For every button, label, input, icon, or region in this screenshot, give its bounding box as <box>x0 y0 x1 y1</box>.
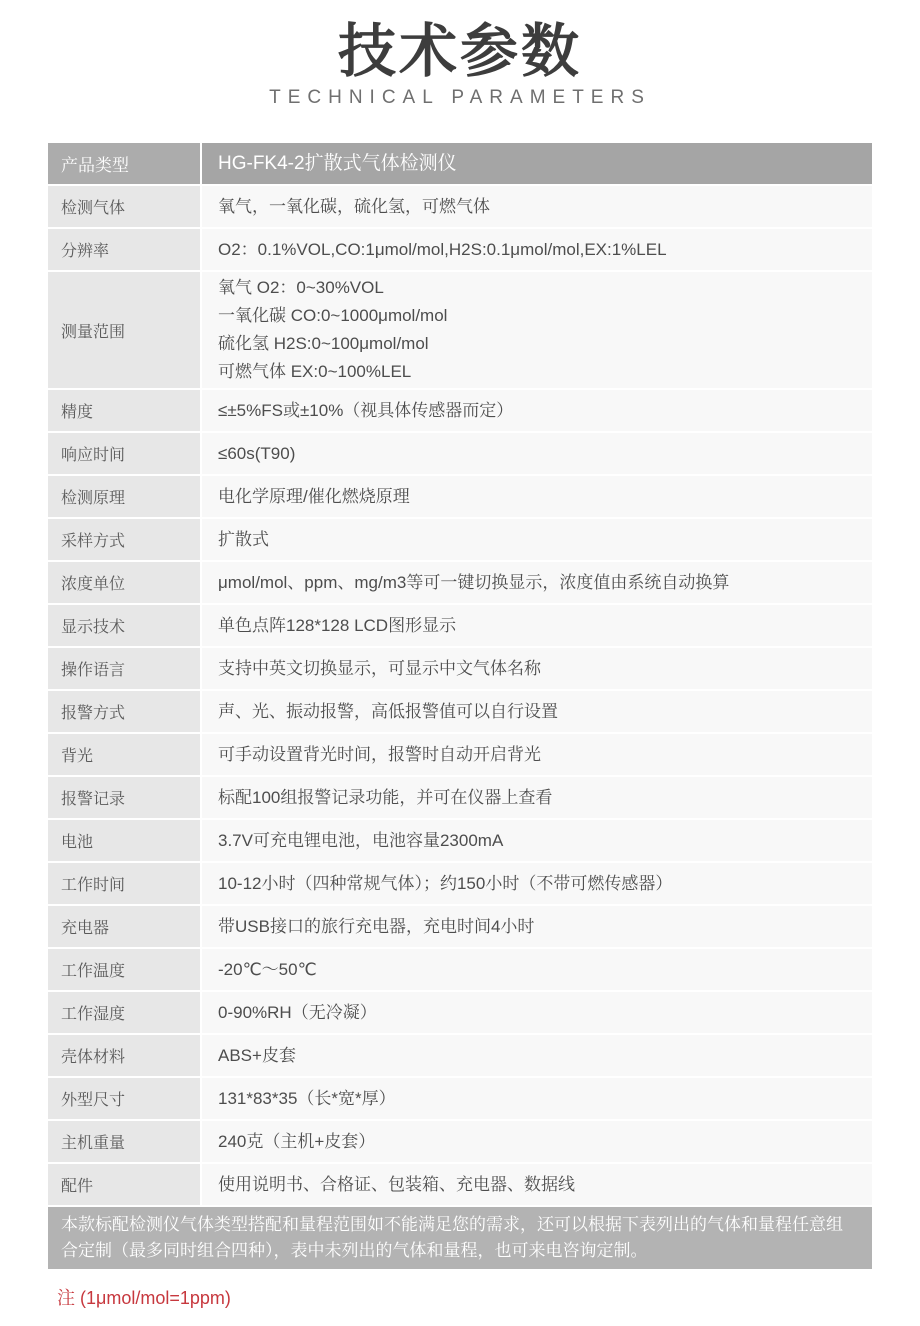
row-value: 电化学原理/催化燃烧原理 <box>202 476 872 517</box>
row-label: 检测原理 <box>48 476 200 517</box>
spec-row: 报警记录 标配100组报警记录功能，并可在仪器上查看 <box>48 777 872 818</box>
row-label: 工作温度 <box>48 949 200 990</box>
row-label: 采样方式 <box>48 519 200 560</box>
row-value: 扩散式 <box>202 519 872 560</box>
spec-row: 壳体材料 ABS+皮套 <box>48 1035 872 1076</box>
row-label: 外型尺寸 <box>48 1078 200 1119</box>
row-label: 充电器 <box>48 906 200 947</box>
row-label: 响应时间 <box>48 433 200 474</box>
spec-row: 工作温度 -20℃～50℃ <box>48 949 872 990</box>
row-label: 操作语言 <box>48 648 200 689</box>
row-value: 氧气，一氧化碳，硫化氢，可燃气体 <box>202 186 872 227</box>
spec-row: 背光 可手动设置背光时间，报警时自动开启背光 <box>48 734 872 775</box>
spec-row: 外型尺寸 131*83*35（长*宽*厚） <box>48 1078 872 1119</box>
row-label: 测量范围 <box>48 272 200 388</box>
row-label: 主机重量 <box>48 1121 200 1162</box>
row-value: μmol/mol、ppm、mg/m3等可一键切换显示，浓度值由系统自动换算 <box>202 562 872 603</box>
page-subtitle: TECHNICAL PARAMETERS <box>0 87 920 109</box>
header-value-cell: HG-FK4-2扩散式气体检测仪 <box>202 143 872 184</box>
spec-row: 浓度单位 μmol/mol、ppm、mg/m3等可一键切换显示，浓度值由系统自动… <box>48 562 872 603</box>
spec-row: 配件 使用说明书、合格证、包装箱、充电器、数据线 <box>48 1164 872 1205</box>
header-value: HG-FK4-2扩散式气体检测仪 <box>218 150 862 178</box>
spec-row: 测量范围 氧气 O2：0~30%VOL一氧化碳 CO:0~1000μmol/mo… <box>48 272 872 388</box>
row-label: 显示技术 <box>48 605 200 646</box>
spec-row: 报警方式 声、光、振动报警，高低报警值可以自行设置 <box>48 691 872 732</box>
row-value: 支持中英文切换显示，可显示中文气体名称 <box>202 648 872 689</box>
row-label: 工作湿度 <box>48 992 200 1033</box>
row-value: 131*83*35（长*宽*厚） <box>202 1078 872 1119</box>
spec-row: 检测气体 氧气，一氧化碳，硫化氢，可燃气体 <box>48 186 872 227</box>
row-label: 配件 <box>48 1164 200 1205</box>
row-label: 分辨率 <box>48 229 200 270</box>
row-value: 带USB接口的旅行充电器，充电时间4小时 <box>202 906 872 947</box>
row-value: O2：0.1%VOL,CO:1μmol/mol,H2S:0.1μmol/mol,… <box>202 229 872 270</box>
spec-row: 操作语言 支持中英文切换显示，可显示中文气体名称 <box>48 648 872 689</box>
unit-note: 注 (1μmol/mol=1ppm) <box>57 1284 920 1310</box>
row-value: 声、光、振动报警，高低报警值可以自行设置 <box>202 691 872 732</box>
row-value: 3.7V可充电锂电池，电池容量2300mA <box>202 820 872 861</box>
row-label: 检测气体 <box>48 186 200 227</box>
spec-row: 主机重量 240克（主机+皮套） <box>48 1121 872 1162</box>
row-value: ≤±5%FS或±10%（视具体传感器而定） <box>202 390 872 431</box>
page-header: 技术参数 TECHNICAL PARAMETERS <box>0 0 920 109</box>
row-label: 工作时间 <box>48 863 200 904</box>
row-label: 浓度单位 <box>48 562 200 603</box>
spec-rows: 检测气体 氧气，一氧化碳，硫化氢，可燃气体 分辨率 O2：0.1%VOL,CO:… <box>48 186 872 1205</box>
row-label: 精度 <box>48 390 200 431</box>
spec-row: 检测原理 电化学原理/催化燃烧原理 <box>48 476 872 517</box>
spec-row: 显示技术 单色点阵128*128 LCD图形显示 <box>48 605 872 646</box>
header-label-cell: 产品类型 <box>48 143 200 184</box>
spec-row: 工作湿度 0-90%RH（无冷凝） <box>48 992 872 1033</box>
row-value: -20℃～50℃ <box>202 949 872 990</box>
row-value: 标配100组报警记录功能，并可在仪器上查看 <box>202 777 872 818</box>
spec-table: 产品类型 HG-FK4-2扩散式气体检测仪 检测气体 氧气，一氧化碳，硫化氢，可… <box>48 143 872 1205</box>
spec-row: 分辨率 O2：0.1%VOL,CO:1μmol/mol,H2S:0.1μmol/… <box>48 229 872 270</box>
spec-row: 电池 3.7V可充电锂电池，电池容量2300mA <box>48 820 872 861</box>
row-label: 报警方式 <box>48 691 200 732</box>
spec-row: 工作时间 10-12小时（四种常规气体）；约150小时（不带可燃传感器） <box>48 863 872 904</box>
table-header-row: 产品类型 HG-FK4-2扩散式气体检测仪 <box>48 143 872 184</box>
row-value: ABS+皮套 <box>202 1035 872 1076</box>
custom-note-box: 本款标配检测仪气体类型搭配和量程范围如不能满足您的需求，还可以根据下表列出的气体… <box>48 1207 872 1269</box>
row-value: ≤60s(T90) <box>202 433 872 474</box>
row-value: 使用说明书、合格证、包装箱、充电器、数据线 <box>202 1164 872 1205</box>
row-label: 报警记录 <box>48 777 200 818</box>
row-value: 可手动设置背光时间，报警时自动开启背光 <box>202 734 872 775</box>
spec-row: 充电器 带USB接口的旅行充电器，充电时间4小时 <box>48 906 872 947</box>
row-value: 0-90%RH（无冷凝） <box>202 992 872 1033</box>
row-value: 240克（主机+皮套） <box>202 1121 872 1162</box>
row-value: 单色点阵128*128 LCD图形显示 <box>202 605 872 646</box>
page: 技术参数 TECHNICAL PARAMETERS 产品类型 HG-FK4-2扩… <box>0 0 920 1326</box>
row-label: 壳体材料 <box>48 1035 200 1076</box>
row-label: 背光 <box>48 734 200 775</box>
spec-row: 精度 ≤±5%FS或±10%（视具体传感器而定） <box>48 390 872 431</box>
spec-row: 采样方式 扩散式 <box>48 519 872 560</box>
row-label: 电池 <box>48 820 200 861</box>
custom-note-text: 本款标配检测仪气体类型搭配和量程范围如不能满足您的需求，还可以根据下表列出的气体… <box>61 1215 843 1260</box>
spec-row: 响应时间 ≤60s(T90) <box>48 433 872 474</box>
row-value: 氧气 O2：0~30%VOL一氧化碳 CO:0~1000μmol/mol硫化氢 … <box>202 272 872 388</box>
page-title: 技术参数 <box>0 20 920 84</box>
row-value: 10-12小时（四种常规气体）；约150小时（不带可燃传感器） <box>202 863 872 904</box>
